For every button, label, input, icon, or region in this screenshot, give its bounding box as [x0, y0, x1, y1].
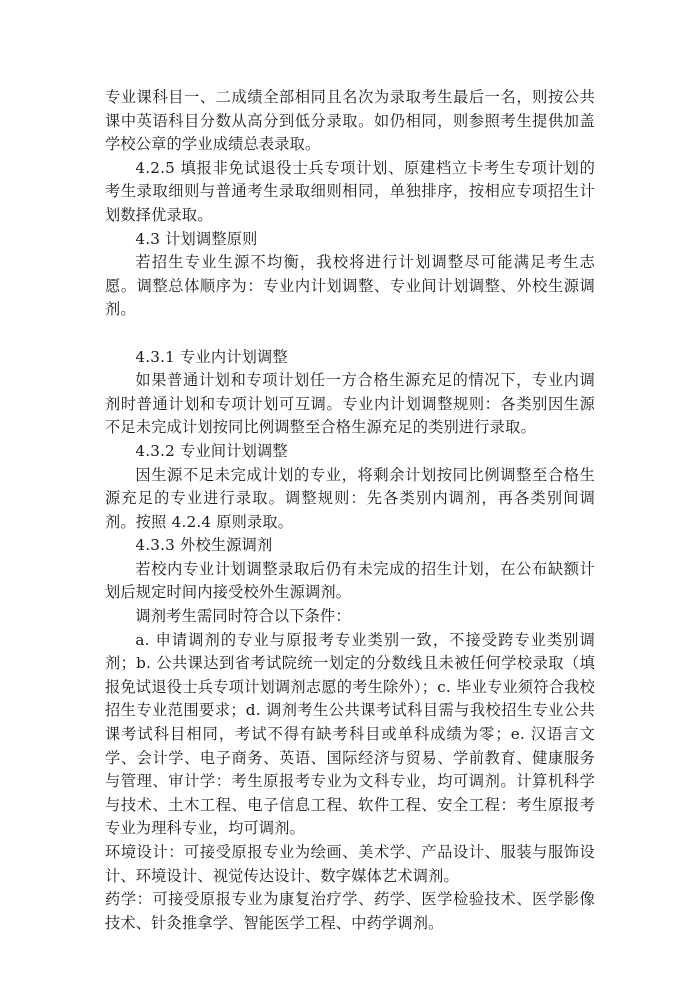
paragraph-tiebreak-rule: 专业课科目一、二成绩全部相同且名次为录取考生最后一名，则按公共课中英语科目分数从…: [105, 86, 595, 157]
heading-4-3-1: 4.3.1 专业内计划调整: [105, 346, 595, 370]
paragraph-external-transfer: 若校内专业计划调整录取后仍有未完成的招生计划，在公布缺额计划后规定时间内接受校外…: [105, 558, 595, 605]
paragraph-between-major-adjustment: 因生源不足未完成计划的专业，将剩余计划按同比例调整至合格生源充足的专业进行录取。…: [105, 464, 595, 535]
paragraph-4-2-5: 4.2.5 填报非免试退役士兵专项计划、原建档立卡考生专项计划的考生录取细则与普…: [105, 157, 595, 228]
paragraph-plan-adjustment-intro: 若招生专业生源不均衡，我校将进行计划调整尽可能满足考生志愿。调整总体顺序为：专业…: [105, 251, 595, 322]
paragraph-environmental-design: 环境设计：可接受原报专业为绘画、美术学、产品设计、服装与服饰设计、环境设计、视觉…: [105, 841, 595, 888]
heading-4-3: 4.3 计划调整原则: [105, 228, 595, 252]
paragraph-within-major-adjustment: 如果普通计划和专项计划任一方合格生源充足的情况下，专业内调剂时普通计划和专项计划…: [105, 369, 595, 440]
document-page: 专业课科目一、二成绩全部相同且名次为录取考生最后一名，则按公共课中英语科目分数从…: [105, 86, 595, 935]
paragraph-conditions-intro: 调剂考生需同时符合以下条件：: [105, 605, 595, 629]
heading-4-3-3: 4.3.3 外校生源调剂: [105, 534, 595, 558]
paragraph-pharmacy: 药学：可接受原报专业为康复治疗学、药学、医学检验技术、医学影像技术、针灸推拿学、…: [105, 888, 595, 935]
heading-4-3-2: 4.3.2 专业间计划调整: [105, 440, 595, 464]
blank-line: [105, 322, 595, 346]
paragraph-conditions-list: a. 申请调剂的专业与原报考专业类别一致，不接受跨专业类别调剂；b. 公共课达到…: [105, 629, 595, 841]
